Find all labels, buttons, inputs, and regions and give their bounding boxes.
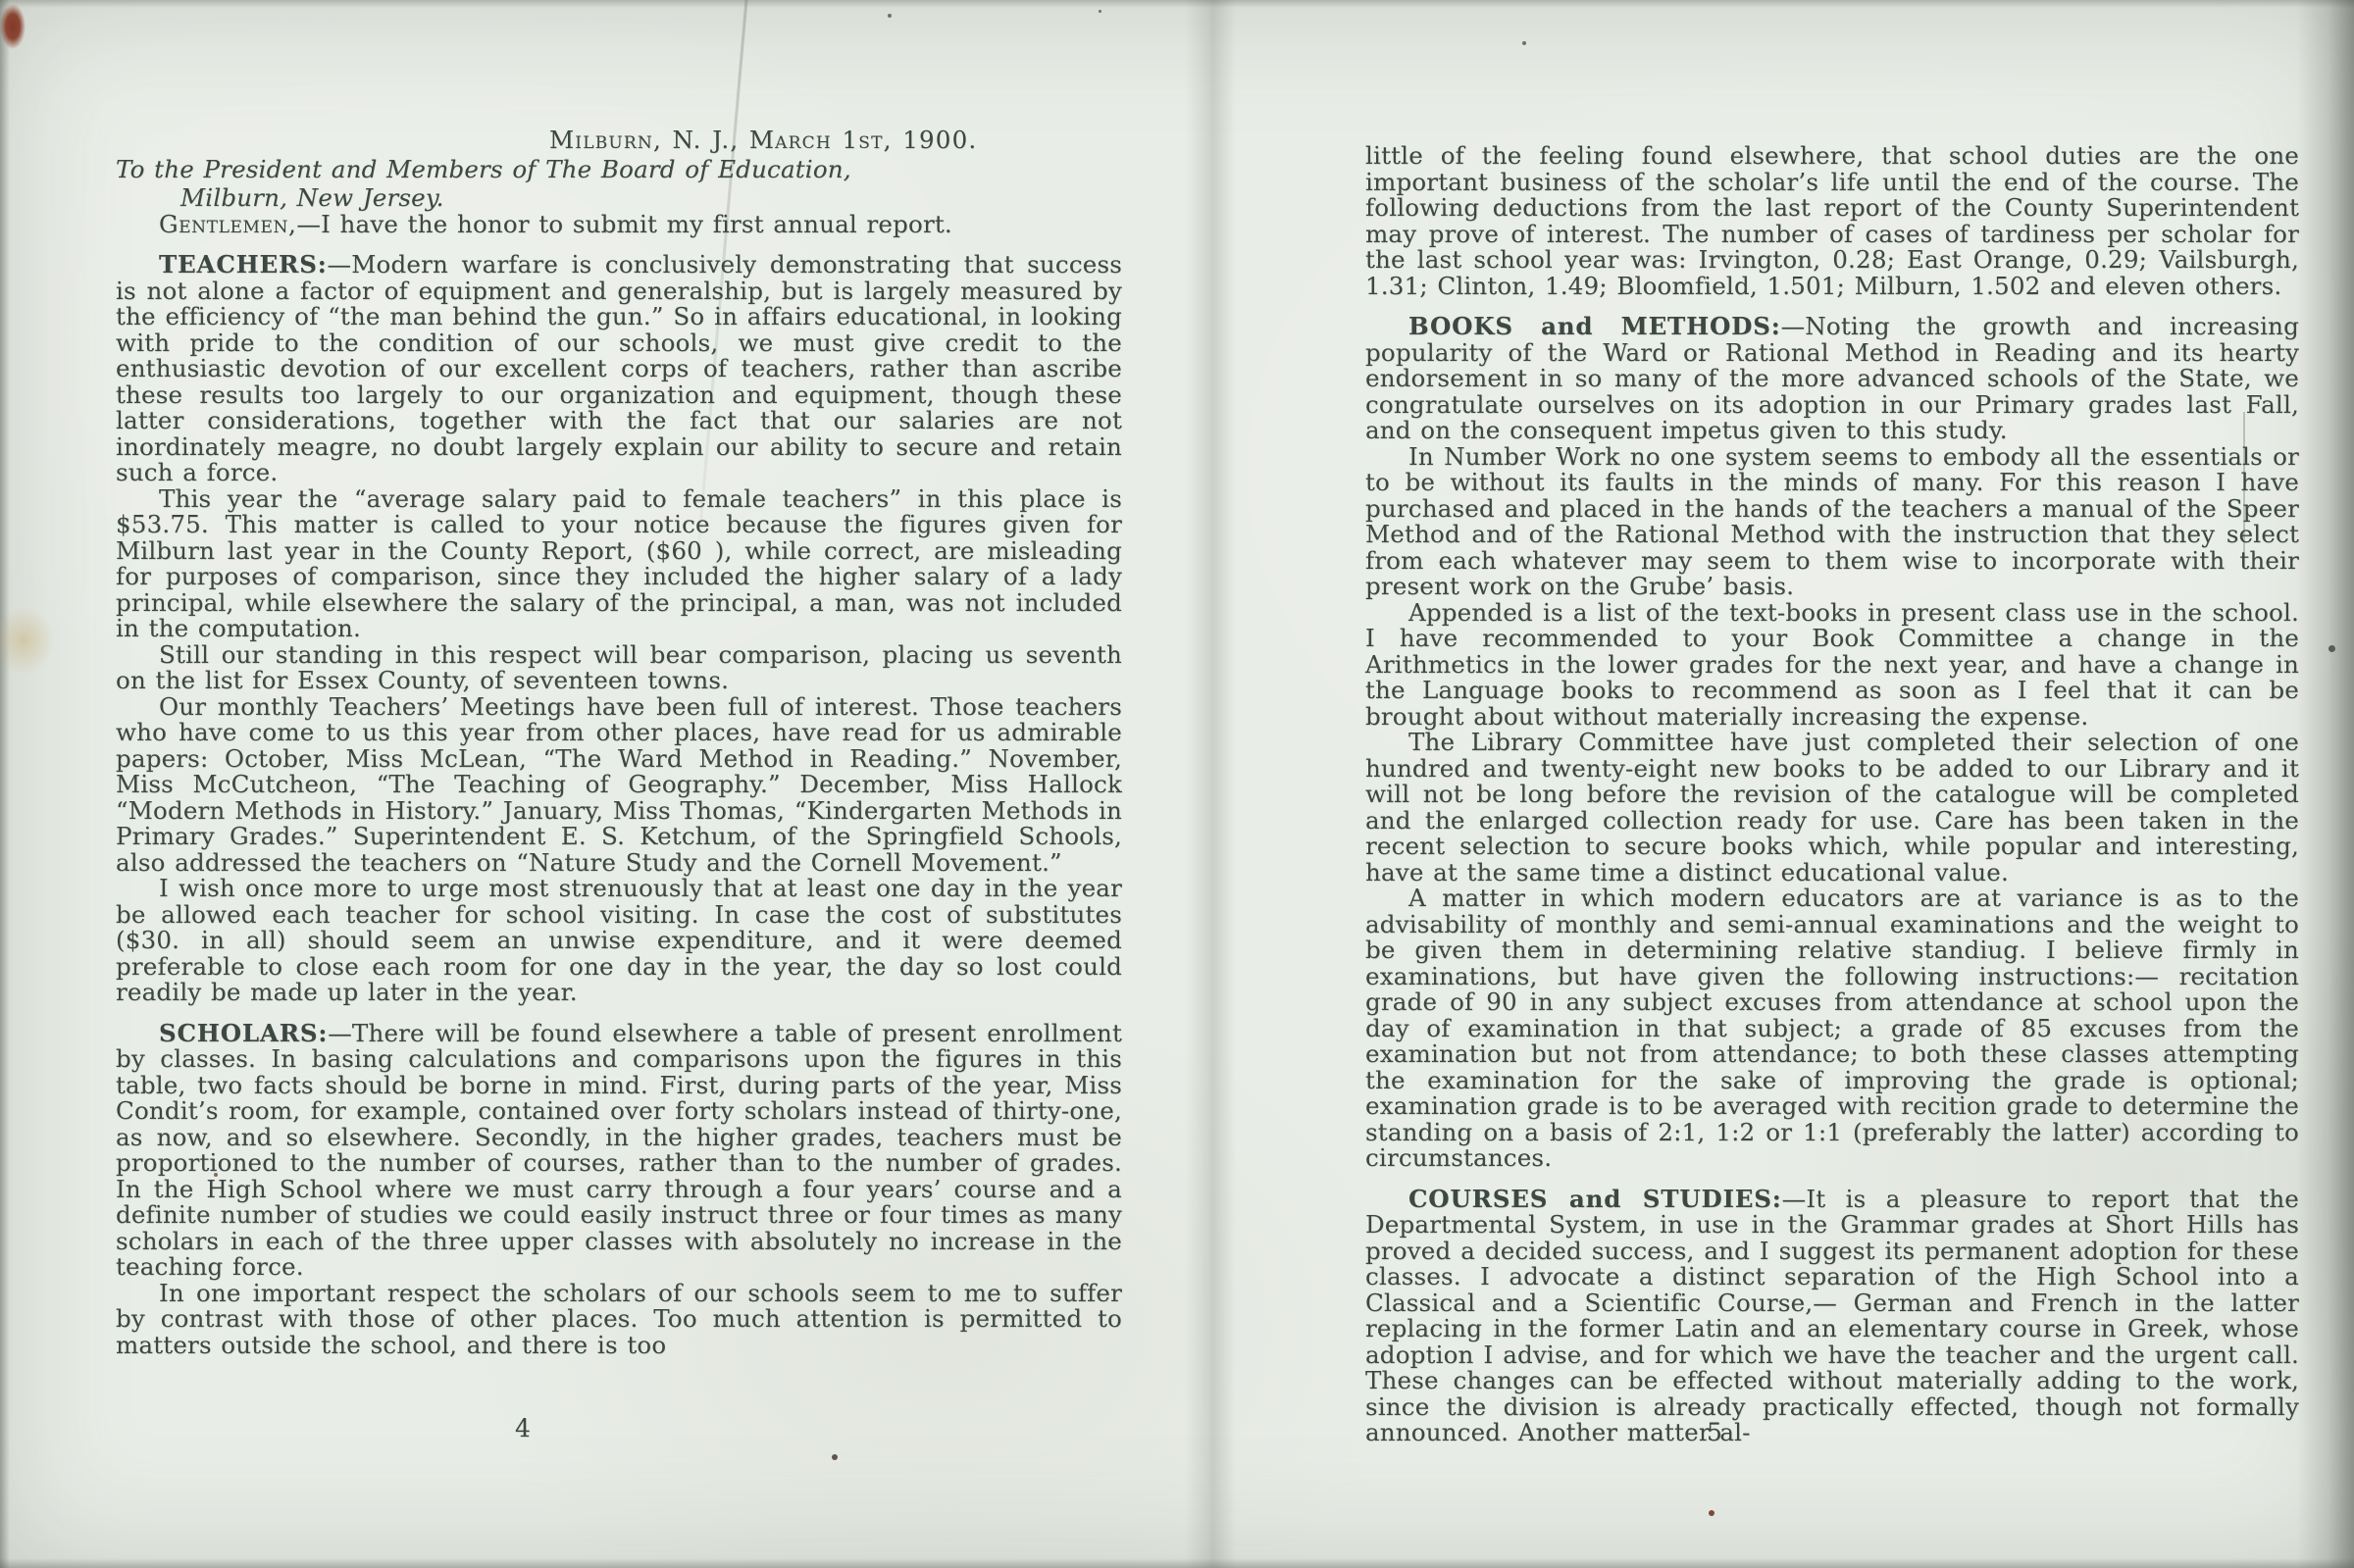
body-paragraph: A matter in which modern educators are a… <box>1365 885 2299 1172</box>
left-edge-shadow <box>0 0 10 1568</box>
body-paragraph: little of the feeling found elsewhere, t… <box>1365 143 2299 299</box>
left-page-paragraphs: TEACHERS:—Modern warfare is conclusively… <box>116 252 1122 1358</box>
paper-stain <box>0 606 55 675</box>
section-heading: SCHOLARS: <box>159 1019 328 1047</box>
page-number-right: 5 <box>1248 1418 2181 1446</box>
page-gutter-fold <box>1185 0 1236 1568</box>
body-paragraph: The Library Committee have just complete… <box>1365 730 2299 885</box>
section-paragraph: SCHOLARS:—There will be found elsewhere … <box>116 1021 1122 1281</box>
salutation-line-2: Milburn, New Jersey. <box>116 185 1122 212</box>
body-paragraph: In Number Work no one system seems to em… <box>1365 444 2299 600</box>
opening-paragraph: Gentlemen,—I have the honor to submit my… <box>116 212 1122 238</box>
salutation-lead: Gentlemen, <box>159 210 296 238</box>
section-paragraph: COURSES and STUDIES:—It is a pleasure to… <box>1365 1187 2299 1446</box>
right-page-paragraphs: little of the feeling found elsewhere, t… <box>1365 143 2299 1446</box>
page-right: little of the feeling found elsewhere, t… <box>1365 143 2299 1446</box>
paper-speck <box>888 14 892 18</box>
dateline: Milburn, N. J., March 1st, 1900. <box>116 127 1122 154</box>
salutation-line-1: To the President and Members of The Boar… <box>116 157 1122 183</box>
section-heading: TEACHERS: <box>159 250 328 278</box>
page-left: Milburn, N. J., March 1st, 1900. To the … <box>116 127 1122 1358</box>
body-paragraph: In one important respect the scholars of… <box>116 1281 1122 1359</box>
top-edge-shadow <box>0 0 2354 8</box>
paper-speck <box>1709 1510 1714 1516</box>
body-paragraph: This year the “average salary paid to fe… <box>116 486 1122 642</box>
opening-text: —I have the honor to submit my first ann… <box>296 210 952 238</box>
body-paragraph: Appended is a list of the text-books in … <box>1365 600 2299 731</box>
page-number-left: 4 <box>20 1414 1026 1442</box>
scanned-document: Milburn, N. J., March 1st, 1900. To the … <box>0 0 2354 1568</box>
section-heading: COURSES and STUDIES: <box>1408 1185 1782 1213</box>
body-paragraph: I wish once more to urge most strenuousl… <box>116 876 1122 1006</box>
section-heading: BOOKS and METHODS: <box>1408 312 1781 340</box>
body-paragraph: Our monthly Teachers’ Meetings have been… <box>116 694 1122 877</box>
section-paragraph: BOOKS and METHODS:—Noting the growth and… <box>1365 314 2299 444</box>
section-paragraph: TEACHERS:—Modern warfare is conclusively… <box>116 252 1122 486</box>
corner-stain <box>0 4 26 49</box>
body-paragraph: Still our standing in this respect will … <box>116 642 1122 694</box>
paper-speck <box>2328 645 2335 652</box>
paper-speck <box>1522 41 1526 45</box>
paper-speck <box>832 1454 838 1460</box>
paper-speck <box>1099 10 1101 13</box>
bottom-edge-shadow <box>0 1558 2354 1568</box>
right-edge-shadow <box>2297 0 2354 1568</box>
